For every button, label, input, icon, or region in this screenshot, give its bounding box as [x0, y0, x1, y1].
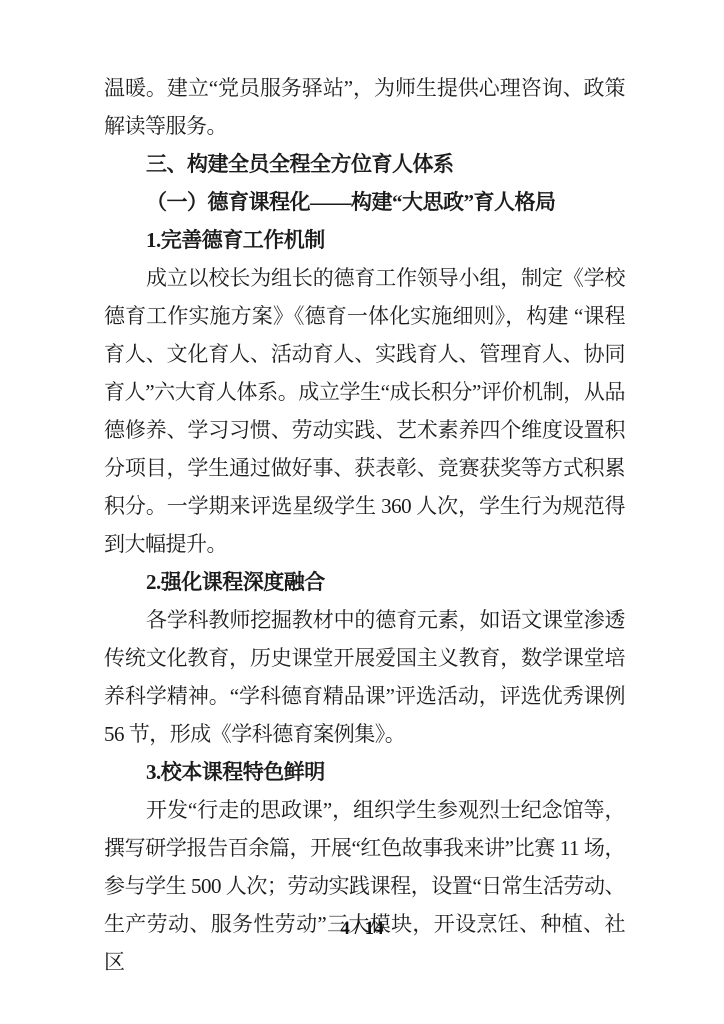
numbered-heading-2: 2.强化课程深度融合: [104, 563, 625, 601]
subsection-heading-one: （一）德育课程化——构建“大思政”育人格局: [104, 183, 625, 221]
section-heading-three: 三、构建全员全程全方位育人体系: [104, 145, 625, 183]
document-page: 温暖。建立“党员服务驿站”，为师生提供心理咨询、政策解读等服务。 三、构建全员全…: [0, 0, 724, 1024]
page-number: 4 / 14: [0, 917, 724, 941]
body-paragraph-1: 成立以校长为组长的德育工作领导小组，制定《学校德育工作实施方案》《德育一体化实施…: [104, 259, 625, 563]
body-paragraph-2: 各学科教师挖掘教材中的德育元素，如语文课堂渗透传统文化教育，历史课堂开展爱国主义…: [104, 601, 625, 753]
paragraph-continued-from-previous-page: 温暖。建立“党员服务驿站”，为师生提供心理咨询、政策解读等服务。: [104, 69, 625, 145]
body-paragraph-3: 开发“行走的思政课”，组织学生参观烈士纪念馆等，撰写研学报告百余篇，开展“红色故…: [104, 791, 625, 981]
numbered-heading-1: 1.完善德育工作机制: [104, 221, 625, 259]
document-body: 温暖。建立“党员服务驿站”，为师生提供心理咨询、政策解读等服务。 三、构建全员全…: [104, 69, 625, 981]
numbered-heading-3: 3.校本课程特色鲜明: [104, 753, 625, 791]
